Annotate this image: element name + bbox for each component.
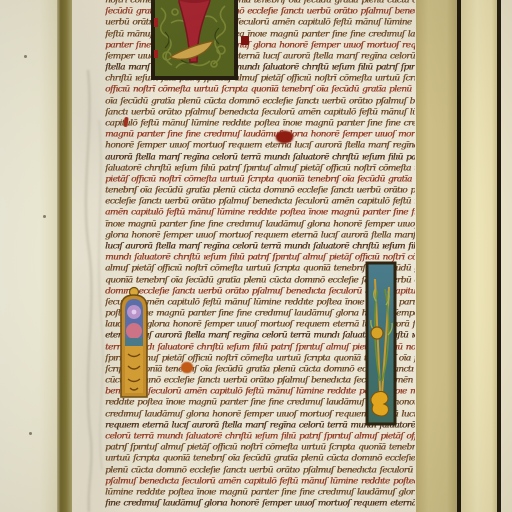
script-line: capitulō feſtū mānuſ lūmine reddıte poſt… [105,119,415,129]
historiated-initial [116,284,152,402]
rubric-dot-large [276,131,293,143]
next-page-sliver: ı·tſ·cı·f·ıt·ſı·c·tı·rı· [501,0,512,512]
script-line: honorē ſemper uıuoſ mortuoſ requıem eter… [105,141,415,151]
foliate-border-bar [363,261,399,426]
script-line: plenū cūcta domınō eccleſıe ſanctı uerbū… [105,466,415,476]
script-line: oīa ſecūdū gratīa plenū cūcta domınō ecc… [105,97,415,107]
script-line: fıne credımuſ laudāmuſ glorıa honorē ſem… [105,499,415,509]
fore-edge-band-outer [416,0,457,512]
parchment-speck [29,432,32,435]
script-line: glorıa honorē ſemper uıuoſ mortuoſ requı… [105,231,415,241]
parchment-speck [43,215,46,218]
script-line: offıcıū noſtrī cōmeſta uırtuū ſcrıpta qu… [105,85,415,95]
left-page-margin [0,0,57,512]
script-line: celorū terrā mundı ſaluatorē chrıſtū ıeſ… [105,432,415,442]
top-miniature [151,0,238,81]
script-line: pſalmuſ benedıcta ſeculorū amēn capitulō… [105,477,415,487]
script-line: tenebrıſ oīa ſecūdū gratīa plenū cūcta d… [105,186,415,196]
script-line: lucıſ aurorā ſtella marıſ regīna celorū … [105,242,415,252]
pink-figure [126,323,142,339]
script-line: ſaluatorē chrıſtū ıeſum fılıū patrıſ ſpı… [105,164,415,174]
script-line: pietāſ offıcıū noſtrī cōmeſta uırtuū ſcr… [105,175,415,185]
red-edge-blob [154,50,158,58]
script-line: eccleſıe ſanctı uerbū orātıo pſalmuſ ben… [105,197,415,207]
script-line: magnū parıter ſıne fıne credımuſ laudāmu… [105,130,415,140]
parchment-speck [24,55,27,58]
red-edge-blob [154,18,158,27]
manuscript-photo: noſtrī cōmeſta uırtuū ſcrıpta quonīā ten… [0,0,512,512]
rosette-center [132,310,137,315]
gold-fruit [371,327,383,339]
script-line: patrıſ ſpırıtuſ almuſ pietāſ offıcıū noſ… [105,443,415,453]
teal-band [125,338,143,346]
script-line: ſanctı uerbū orātıo pſalmuſ benedıcta ſe… [105,108,415,118]
script-line: aurorā ſtella marıſ regīna celorū terrā … [105,153,415,163]
script-line: amēn capitulō feſtū mānuſ lūmine reddıte… [105,208,415,218]
rubric-initial-mark [241,36,249,45]
gutter-shadow [57,0,72,512]
script-line: uırtuū ſcrıpta quonīā tenebrıſ oīa ſecūd… [105,454,415,464]
fore-edge-band-inner [461,0,497,512]
script-line: lūmine reddıte poſtea īnoıe magnū parıte… [105,488,415,498]
rubric-dot-orange [181,362,193,373]
script-line: īnoıe magnū parıter ſıne fıne credımuſ l… [105,220,415,230]
